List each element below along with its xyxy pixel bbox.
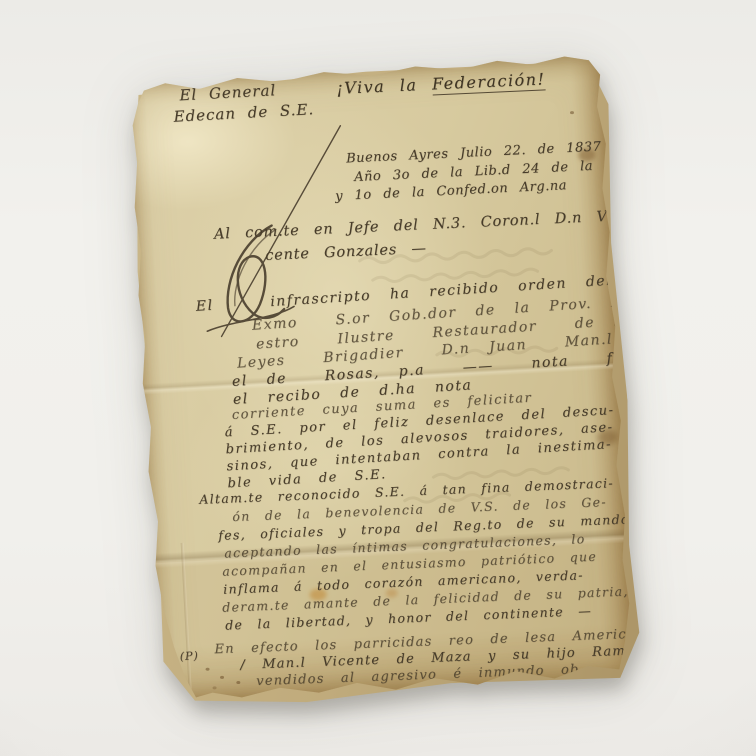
salutation-line2: cente Gonzales — xyxy=(265,241,427,264)
motto-underlined: Federación! xyxy=(432,69,546,95)
photograph-background: El General Edecan de S.E. ¡Viva la Feder… xyxy=(0,0,756,756)
speck xyxy=(570,111,574,114)
salutation-line1: Al com.te en Jefe del N.3. Coron.l D.n V… xyxy=(214,208,619,242)
manuscript-paper: El General Edecan de S.E. ¡Viva la Feder… xyxy=(121,49,636,704)
paper-stack: El General Edecan de S.E. ¡Viva la Feder… xyxy=(0,0,756,756)
sender-title-line2: Edecan de S.E. xyxy=(173,100,314,126)
motto-prefix: ¡Viva la xyxy=(336,75,432,98)
page-mark: (P) xyxy=(179,649,199,663)
sender-title-line1: El General xyxy=(179,81,277,104)
